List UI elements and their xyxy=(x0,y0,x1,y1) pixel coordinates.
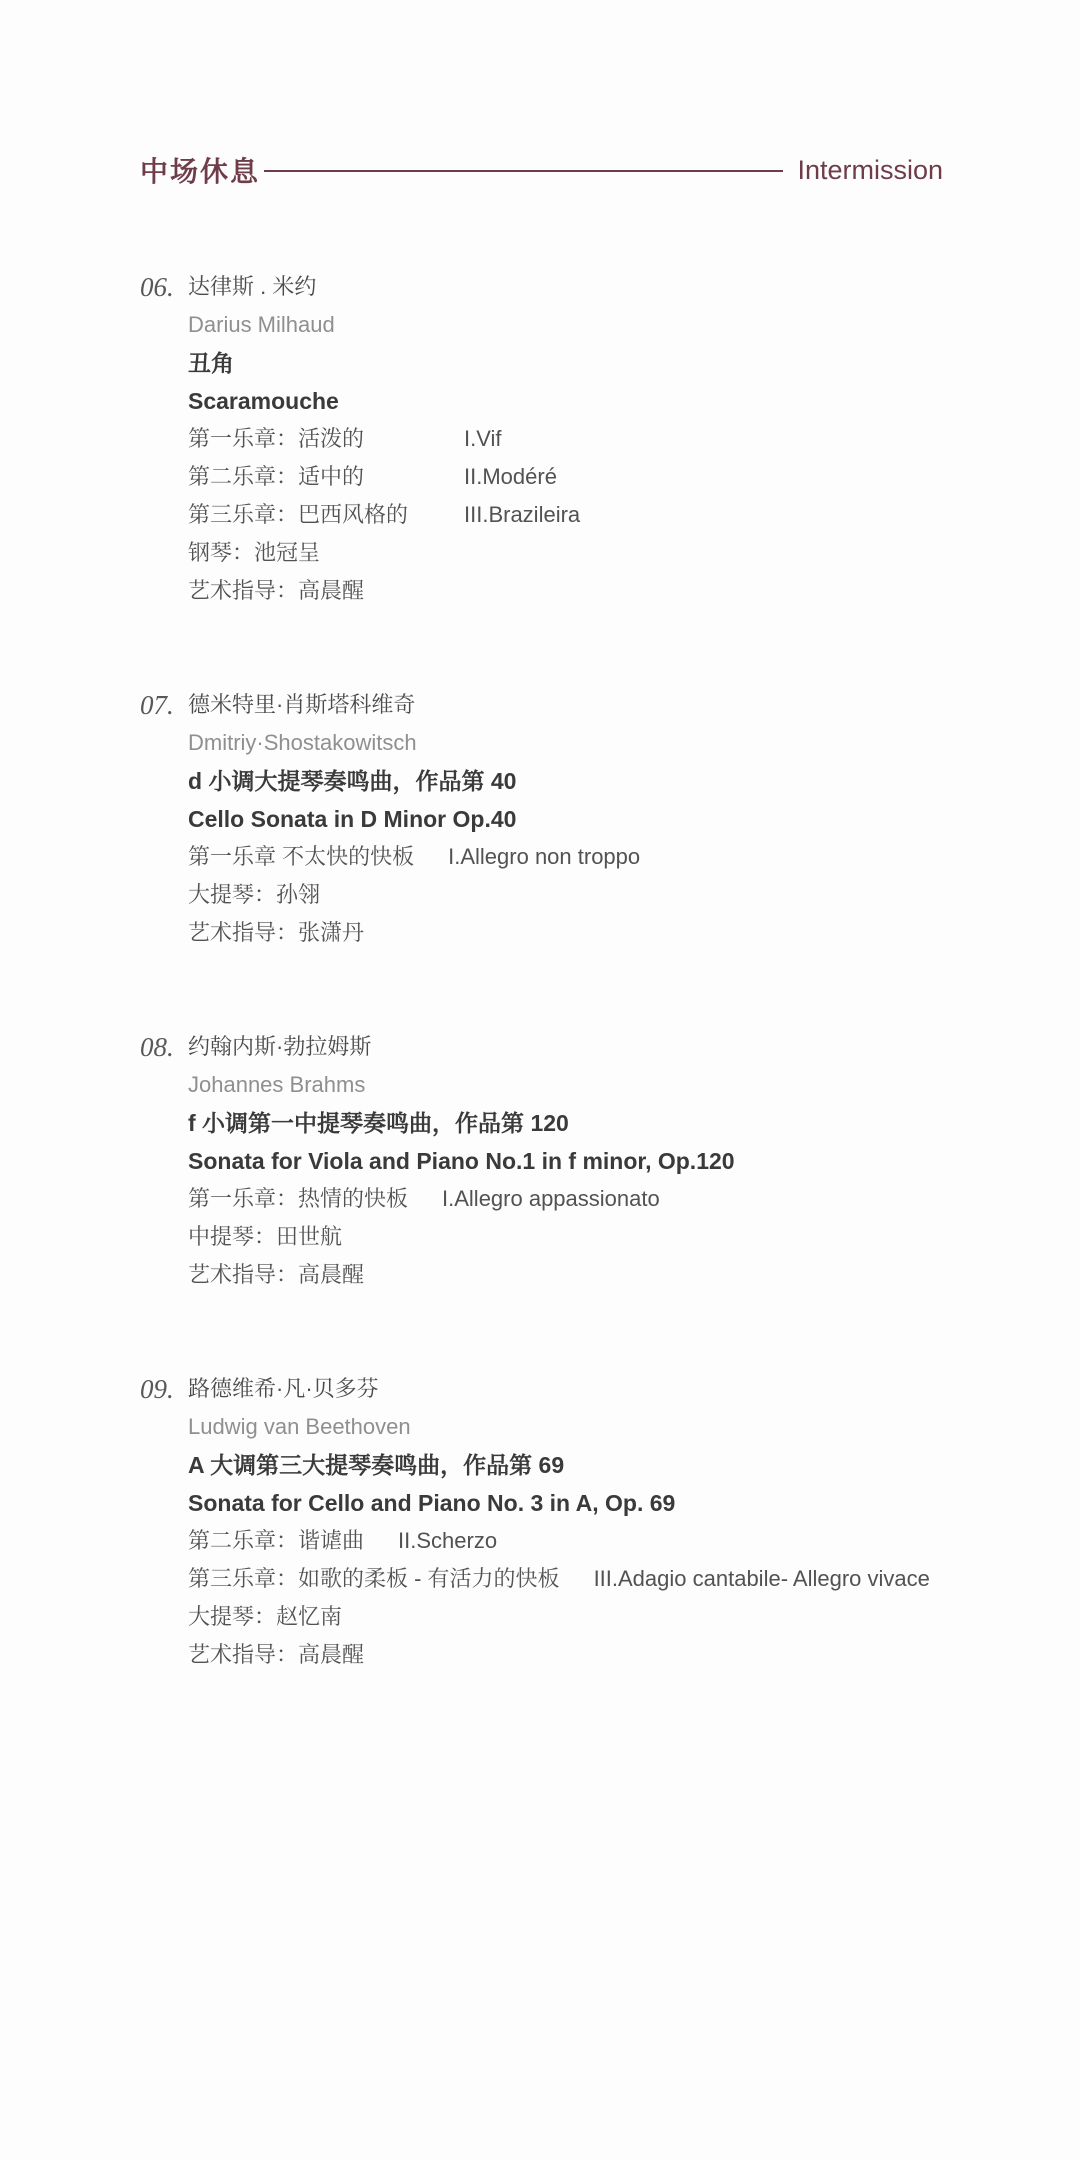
composer-name-en: Johannes Brahms xyxy=(188,1066,943,1104)
program-item-06: 06. 达律斯 . 米约 Darius Milhaud 丑角 Scaramouc… xyxy=(140,268,943,610)
item-number: 07. xyxy=(140,686,188,952)
movement-row: 第三乐章：巴西风格的 III.Brazileira xyxy=(188,496,943,534)
movement-row: 第二乐章：适中的 II.Modéré xyxy=(188,458,943,496)
movement-zh: 第二乐章：适中的 xyxy=(188,458,430,496)
composer-name-en: Ludwig van Beethoven xyxy=(188,1408,943,1446)
composer-name-zh: 达律斯 . 米约 xyxy=(188,268,943,306)
performer-line: 艺术指导：高晨醒 xyxy=(188,1256,943,1294)
piece-title-en: Cello Sonata in D Minor Op.40 xyxy=(188,800,943,838)
performer-line: 艺术指导：张潇丹 xyxy=(188,914,943,952)
piece-title-en: Scaramouche xyxy=(188,382,943,420)
movement-zh: 第三乐章：如歌的柔板 - 有活力的快板 xyxy=(188,1560,560,1598)
movement-en: II.Modéré xyxy=(464,458,557,496)
composer-name-en: Dmitriy·Shostakowitsch xyxy=(188,724,943,762)
composer-name-zh: 路德维希·凡·贝多芬 xyxy=(188,1370,943,1408)
movement-en: I.Allegro appassionato xyxy=(442,1180,660,1218)
program-item-08: 08. 约翰内斯·勃拉姆斯 Johannes Brahms f 小调第一中提琴奏… xyxy=(140,1028,943,1294)
performer-line: 大提琴：赵忆南 xyxy=(188,1598,943,1636)
program-page: 中场休息 Intermission 06. 达律斯 . 米约 Darius Mi… xyxy=(0,0,1080,2160)
performer-line: 大提琴：孙翎 xyxy=(188,876,943,914)
movement-zh: 第三乐章：巴西风格的 xyxy=(188,496,430,534)
program-item-07: 07. 德米特里·肖斯塔科维奇 Dmitriy·Shostakowitsch d… xyxy=(140,686,943,952)
divider-line xyxy=(264,170,783,172)
piece-title-zh: 丑角 xyxy=(188,344,943,382)
movement-zh: 第二乐章：谐谑曲 xyxy=(188,1522,364,1560)
movement-zh: 第一乐章：热情的快板 xyxy=(188,1180,408,1218)
item-number: 09. xyxy=(140,1370,188,1674)
movement-zh: 第一乐章 不太快的快板 xyxy=(188,838,414,876)
movement-en: I.Vif xyxy=(464,420,502,458)
intermission-title-en: Intermission xyxy=(797,155,943,186)
composer-name-en: Darius Milhaud xyxy=(188,306,943,344)
performer-line: 中提琴：田世航 xyxy=(188,1218,943,1256)
item-body: 德米特里·肖斯塔科维奇 Dmitriy·Shostakowitsch d 小调大… xyxy=(188,686,943,952)
intermission-title-zh: 中场休息 xyxy=(140,150,260,190)
item-body: 约翰内斯·勃拉姆斯 Johannes Brahms f 小调第一中提琴奏鸣曲，作… xyxy=(188,1028,943,1294)
piece-title-en: Sonata for Cello and Piano No. 3 in A, O… xyxy=(188,1484,943,1522)
composer-name-zh: 约翰内斯·勃拉姆斯 xyxy=(188,1028,943,1066)
performer-line: 艺术指导：高晨醒 xyxy=(188,1636,943,1674)
performer-line: 钢琴：池冠呈 xyxy=(188,534,943,572)
piece-title-en: Sonata for Viola and Piano No.1 in f min… xyxy=(188,1142,943,1180)
piece-title-zh: A 大调第三大提琴奏鸣曲，作品第 69 xyxy=(188,1446,943,1484)
movement-row: 第一乐章：热情的快板 I.Allegro appassionato xyxy=(188,1180,943,1218)
movement-en: II.Scherzo xyxy=(398,1522,497,1560)
intermission-header: 中场休息 Intermission xyxy=(140,150,943,190)
movement-row: 第一乐章：活泼的 I.Vif xyxy=(188,420,943,458)
composer-name-zh: 德米特里·肖斯塔科维奇 xyxy=(188,686,943,724)
program-item-09: 09. 路德维希·凡·贝多芬 Ludwig van Beethoven A 大调… xyxy=(140,1370,943,1674)
item-number: 08. xyxy=(140,1028,188,1294)
item-body: 达律斯 . 米约 Darius Milhaud 丑角 Scaramouche 第… xyxy=(188,268,943,610)
movement-zh: 第一乐章：活泼的 xyxy=(188,420,430,458)
movement-en: III.Adagio cantabile- Allegro vivace xyxy=(594,1560,930,1598)
movement-en: I.Allegro non troppo xyxy=(448,838,640,876)
movement-row: 第二乐章：谐谑曲 II.Scherzo xyxy=(188,1522,943,1560)
piece-title-zh: f 小调第一中提琴奏鸣曲，作品第 120 xyxy=(188,1104,943,1142)
piece-title-zh: d 小调大提琴奏鸣曲，作品第 40 xyxy=(188,762,943,800)
item-number: 06. xyxy=(140,268,188,610)
movement-en: III.Brazileira xyxy=(464,496,580,534)
movement-row: 第一乐章 不太快的快板 I.Allegro non troppo xyxy=(188,838,943,876)
performer-line: 艺术指导：高晨醒 xyxy=(188,572,943,610)
item-body: 路德维希·凡·贝多芬 Ludwig van Beethoven A 大调第三大提… xyxy=(188,1370,943,1674)
movement-row: 第三乐章：如歌的柔板 - 有活力的快板 III.Adagio cantabile… xyxy=(188,1560,943,1598)
